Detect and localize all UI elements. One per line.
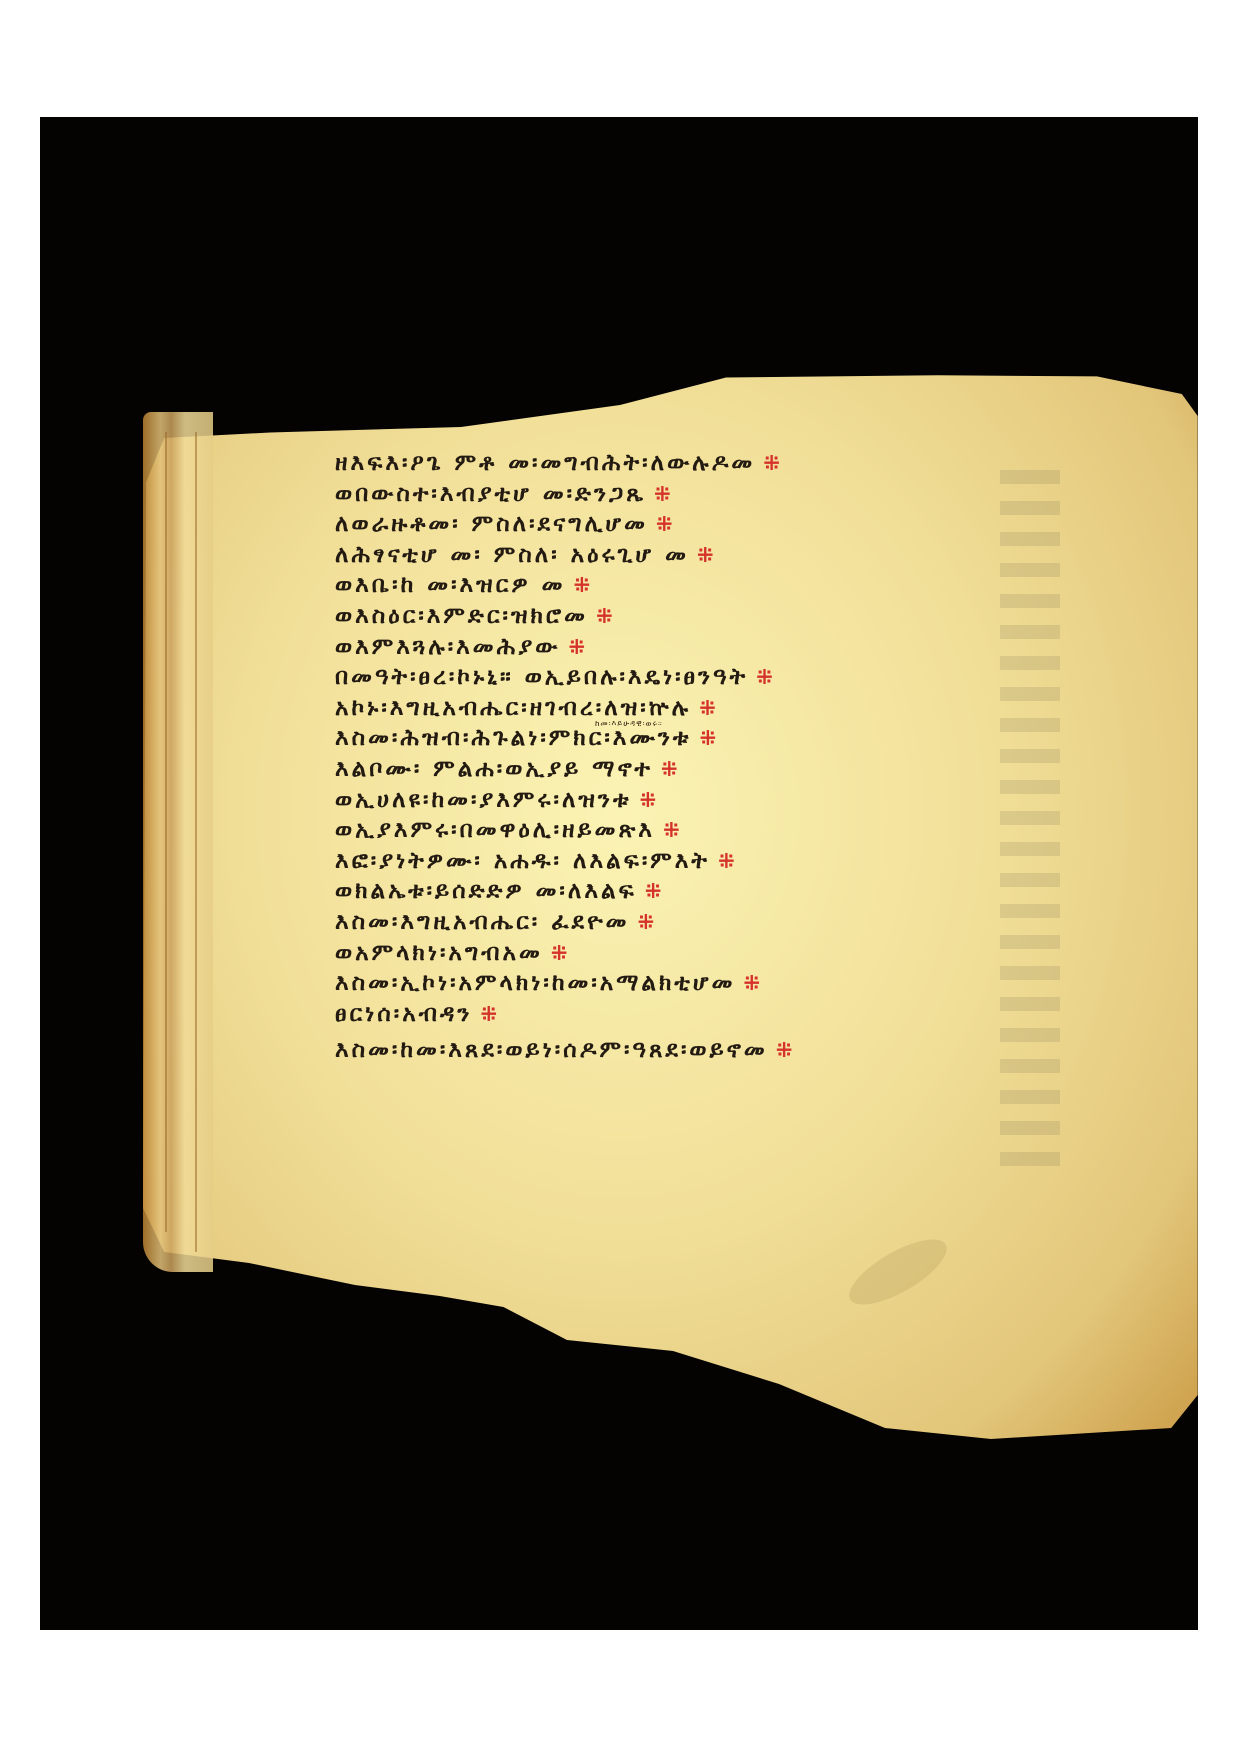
line-text: እስመ፡ኢኮነ፡አምላክነ፡ከመ፡አማልክቲሆመ bbox=[335, 970, 735, 996]
rubric-mark-icon: ⁜ bbox=[573, 573, 593, 597]
rubric-mark-icon: ⁜ bbox=[697, 543, 717, 567]
line-text: እልቦሙ፡ ምልሐ፡ወኢያይ ማኖተ bbox=[335, 756, 653, 782]
rubric-mark-icon: ⁜ bbox=[661, 757, 681, 781]
rubric-mark-icon: ⁜ bbox=[640, 788, 660, 812]
line-text: እስመ፡እግዚአብሔር፡ ፈደዮመ bbox=[335, 909, 629, 935]
line-text: ወክልኤቱ፡ይሰድድዎ መ፡ለእልፍ bbox=[335, 878, 637, 904]
rubric-mark-icon: ⁜ bbox=[480, 1002, 500, 1026]
line-text: ዘእፍእ፡ዖጌ ምቶ መ፡መግብሕት፡ለውሉዶመ bbox=[335, 450, 755, 476]
rubric-mark-icon: ⁜ bbox=[763, 451, 783, 475]
line-text: ወበውስተ፡እብያቲሆ መ፡ድንጋጼ bbox=[335, 481, 646, 507]
rubric-mark-icon: ⁜ bbox=[568, 635, 588, 659]
text-line: እስመ፡ከመ፡እጸደ፡ወይነ፡ሰዶም፡ዓጸደ፡ወይኖመ⁜ bbox=[335, 1035, 1095, 1066]
text-line: ወበውስተ፡እብያቲሆ መ፡ድንጋጼ⁜ bbox=[335, 479, 1095, 510]
rubric-mark-icon: ⁜ bbox=[637, 910, 657, 934]
text-line: እልቦሙ፡ ምልሐ፡ወኢያይ ማኖተ⁜ bbox=[335, 754, 1095, 785]
line-text: ወአምላክነ፡አግብአመ bbox=[335, 940, 543, 966]
text-line: ለሕፃናቲሆ መ፡ ምስለ፡ አዕሩጊሆ መ⁜ bbox=[335, 540, 1095, 571]
line-text: እፎ፡ያነትዎሙ፡ አሐዱ፡ ለእልፍ፡ምእት bbox=[335, 848, 710, 874]
line-text: ወኢሀለዩ፡ከመ፡ያእምሩ፡ለዝንቱ bbox=[335, 787, 632, 813]
rubric-mark-icon: ⁜ bbox=[699, 726, 719, 750]
manuscript-text: ዘእፍእ፡ዖጌ ምቶ መ፡መግብሕት፡ለውሉዶመ⁜ ወበውስተ፡እብያቲሆ መ፡… bbox=[335, 448, 1095, 1066]
line-text: እስመ፡ከመ፡እጸደ፡ወይነ፡ሰዶም፡ዓጸደ፡ወይኖመ bbox=[335, 1037, 768, 1063]
text-line: ወኢሀለዩ፡ከመ፡ያእምሩ፡ለዝንቱ⁜ bbox=[335, 785, 1095, 816]
leaf-crease bbox=[165, 432, 167, 1232]
text-line: እስመ፡ኢኮነ፡አምላክነ፡ከመ፡አማልክቲሆመ⁜ bbox=[335, 968, 1095, 999]
text-line: ዘእፍእ፡ዖጌ ምቶ መ፡መግብሕት፡ለውሉዶመ⁜ bbox=[335, 448, 1095, 479]
text-line: ለወራዙቶመ፡ ምስለ፡ደናግሊሆመ⁜ bbox=[335, 509, 1095, 540]
rubric-mark-icon: ⁜ bbox=[743, 971, 763, 995]
text-line: ወክልኤቱ፡ይሰድድዎ መ፡ለእልፍ⁜ bbox=[335, 876, 1095, 907]
rubric-mark-icon: ⁜ bbox=[663, 818, 683, 842]
stacked-leaf-edges bbox=[143, 412, 213, 1272]
line-text: ለሕፃናቲሆ መ፡ ምስለ፡ አዕሩጊሆ መ bbox=[335, 542, 689, 568]
text-line: እስመ፡እግዚአብሔር፡ ፈደዮመ⁜ bbox=[335, 907, 1095, 938]
rubric-mark-icon: ⁜ bbox=[654, 482, 674, 506]
text-line: እስመ፡ሕዝብ፡ሕጉልነ፡ምክር፡እሙንቱ⁜ bbox=[335, 723, 1095, 754]
line-text: ወእቤ፡ከ መ፡እዝርዎ መ bbox=[335, 572, 565, 598]
text-line: እፎ፡ያነትዎሙ፡ አሐዱ፡ ለእልፍ፡ምእት⁜ bbox=[335, 846, 1095, 877]
rubric-mark-icon: ⁜ bbox=[776, 1038, 796, 1062]
line-text: አኮኑ፡እግዚአብሔር፡ዘገብረ፡ለዝ፡ኵሉ bbox=[335, 695, 691, 721]
line-text: ወእስዕር፡እምድር፡ዝክሮመ bbox=[335, 603, 588, 629]
rubric-mark-icon: ⁜ bbox=[596, 604, 616, 628]
text-line: በመዓት፡ፀረ፡ኮኑኒ። ወኢይበሉ፡እዴነ፡ፀንዓት⁜ bbox=[335, 662, 1095, 693]
text-line: ወእቤ፡ከ መ፡እዝርዎ መ⁜ bbox=[335, 570, 1095, 601]
text-line: ወኢያእምሩ፡በመዋዕሊ፡ዘይመጽእ⁜ bbox=[335, 815, 1095, 846]
text-line: ፀርነሰ፡አብዳን⁜ bbox=[335, 999, 1095, 1030]
line-text: ለወራዙቶመ፡ ምስለ፡ደናግሊሆመ bbox=[335, 511, 648, 537]
interlinear-annotation: ከመ፡እይሁዳዊ፡ወሩ። bbox=[595, 719, 663, 729]
text-line: ወእስዕር፡እምድር፡ዝክሮመ⁜ bbox=[335, 601, 1095, 632]
leaf-crease bbox=[195, 432, 197, 1252]
rubric-mark-icon: ⁜ bbox=[718, 849, 738, 873]
rubric-mark-icon: ⁜ bbox=[551, 941, 571, 965]
rubric-mark-icon: ⁜ bbox=[645, 879, 665, 903]
rubric-mark-icon: ⁜ bbox=[699, 696, 719, 720]
line-text: ወኢያእምሩ፡በመዋዕሊ፡ዘይመጽእ bbox=[335, 817, 655, 843]
line-text: ፀርነሰ፡አብዳን bbox=[335, 1001, 472, 1027]
text-line: ወእምእጓሉ፡እመሕያው⁜ bbox=[335, 632, 1095, 663]
text-line: አኮኑ፡እግዚአብሔር፡ዘገብረ፡ለዝ፡ኵሉ⁜ bbox=[335, 693, 1095, 724]
text-line: ወአምላክነ፡አግብአመ⁜ bbox=[335, 938, 1095, 969]
rubric-mark-icon: ⁜ bbox=[656, 512, 676, 536]
line-text: እስመ፡ሕዝብ፡ሕጉልነ፡ምክር፡እሙንቱ bbox=[335, 725, 691, 751]
line-text: በመዓት፡ፀረ፡ኮኑኒ። ወኢይበሉ፡እዴነ፡ፀንዓት bbox=[335, 664, 748, 690]
line-text: ወእምእጓሉ፡እመሕያው bbox=[335, 634, 560, 660]
rubric-mark-icon: ⁜ bbox=[756, 665, 776, 689]
